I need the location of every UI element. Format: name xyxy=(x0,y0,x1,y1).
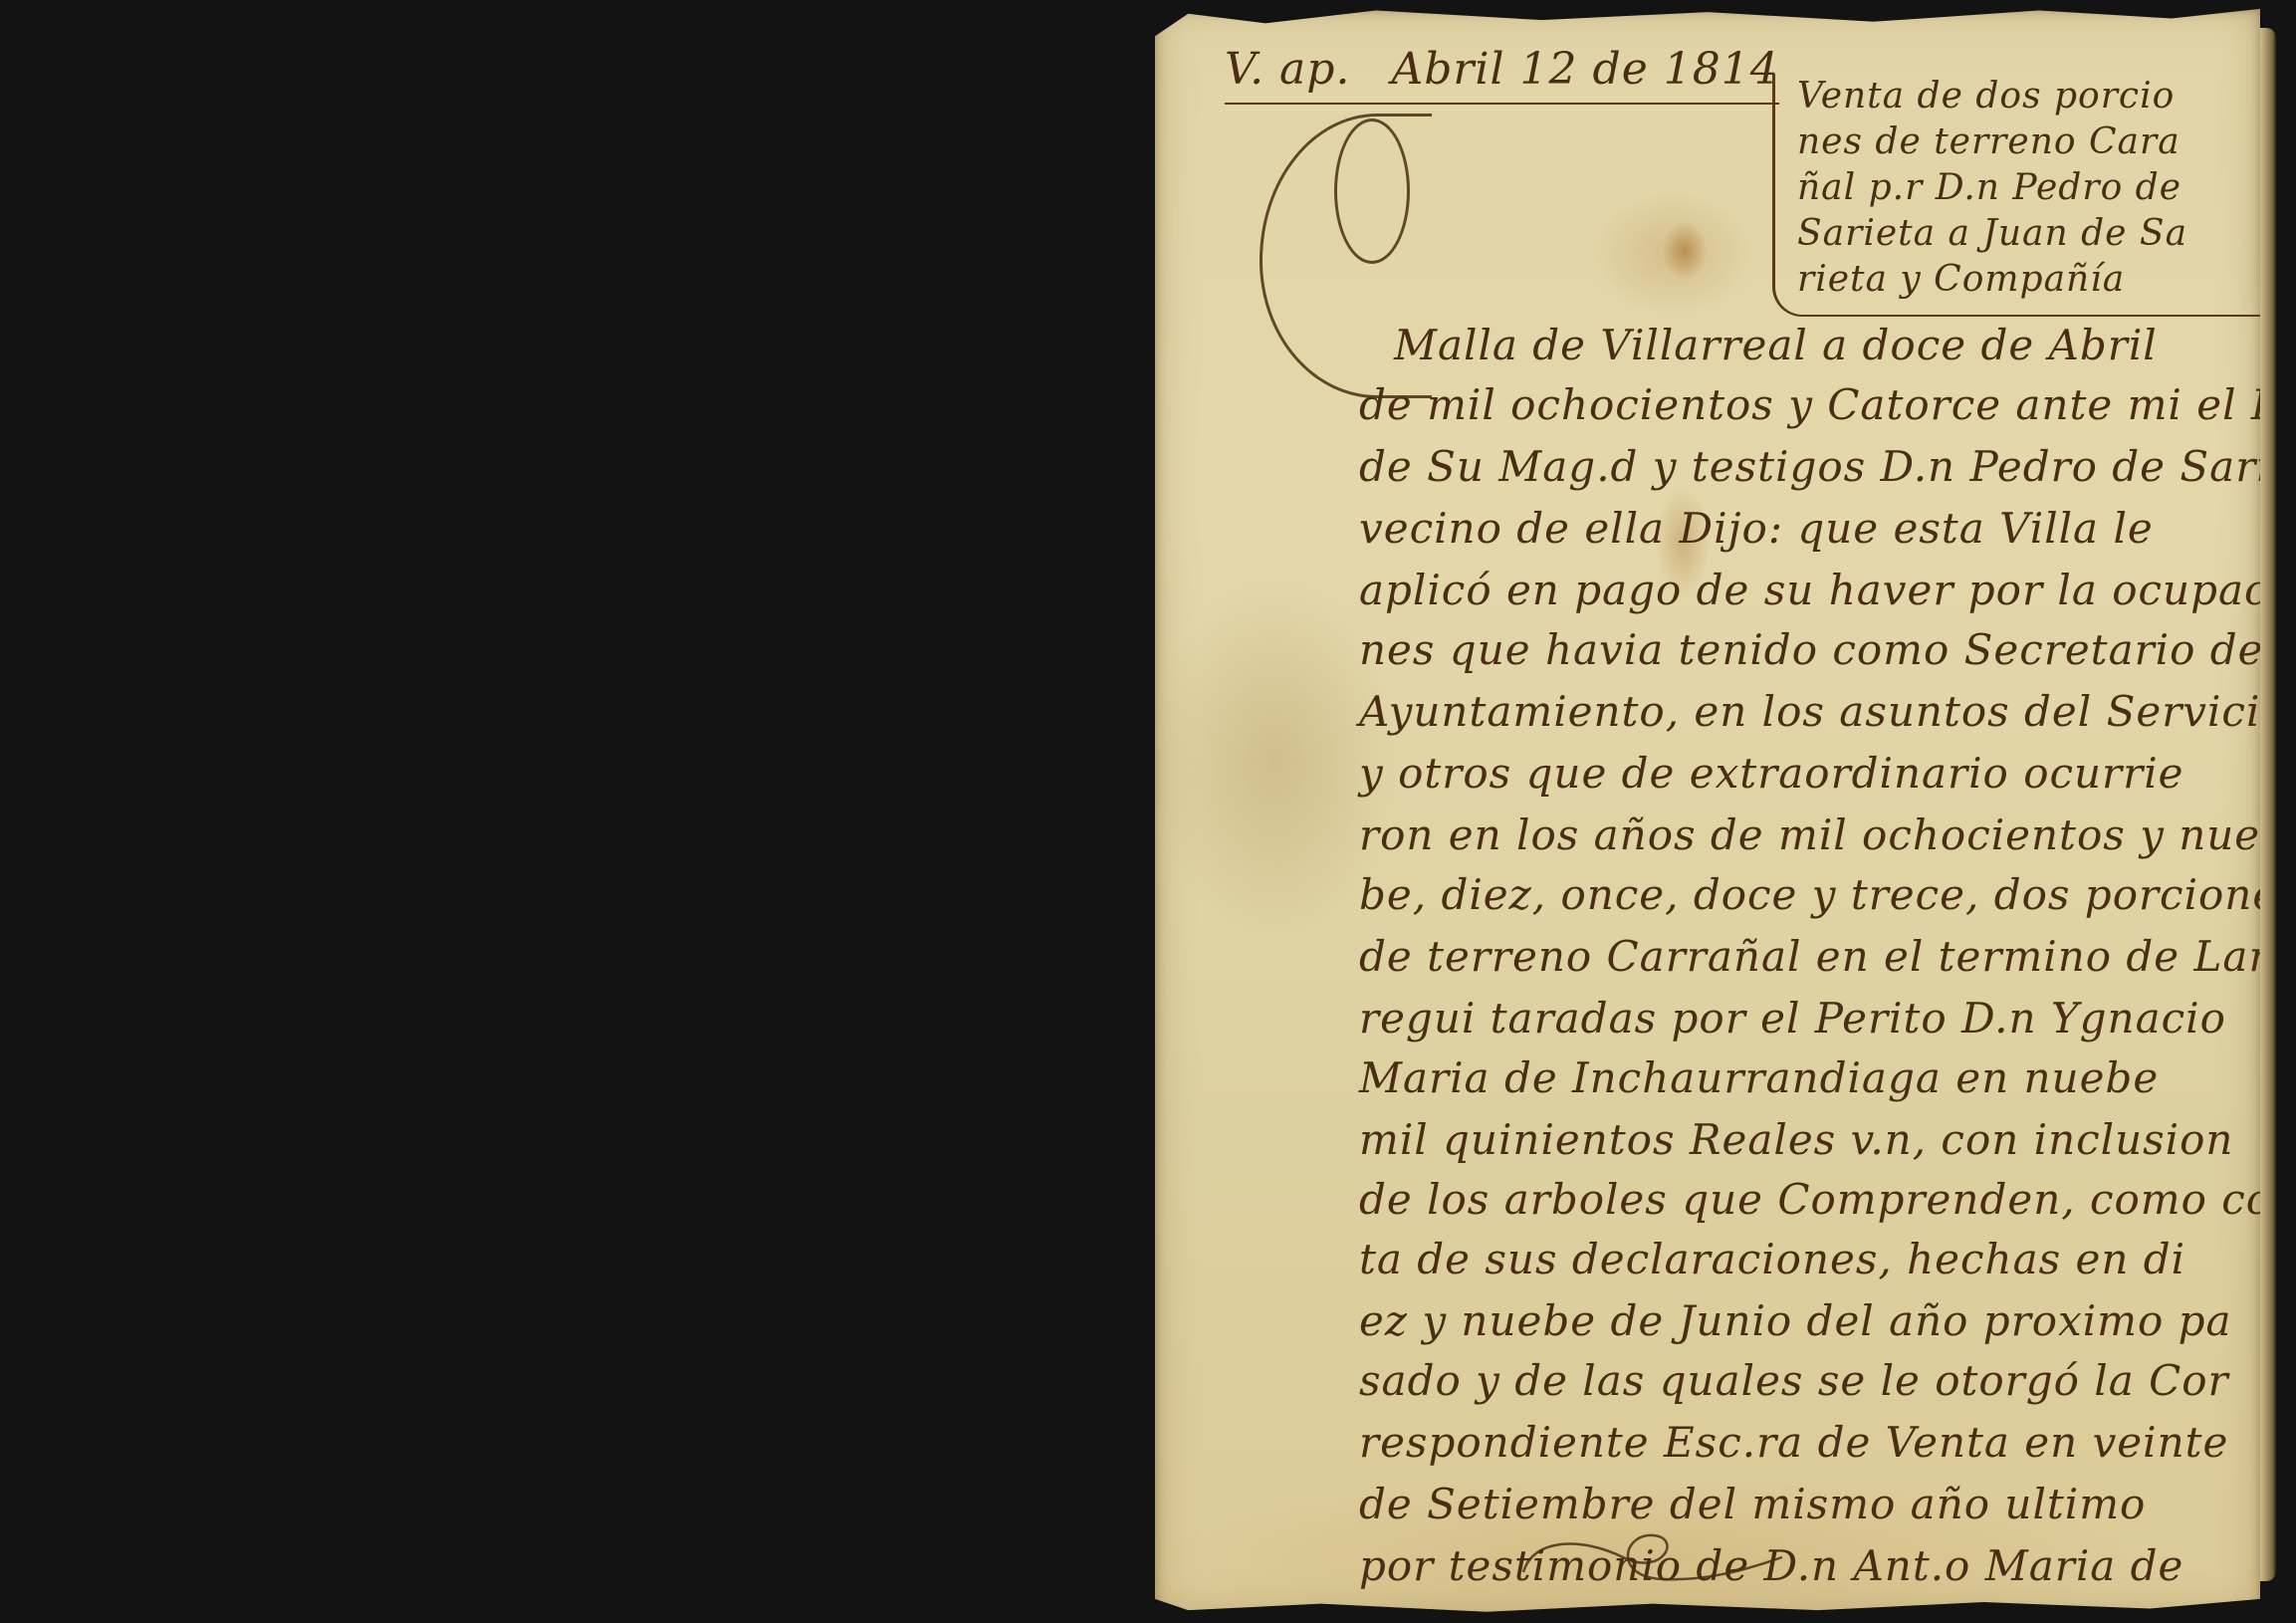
body-line: respondiente Esc.ra de Venta en veinte xyxy=(1359,1418,2228,1467)
margin-note-line: Venta de dos porcio xyxy=(1797,74,2265,119)
body-line: regui taradas por el Perito D.n Ygnacio xyxy=(1359,994,2226,1043)
manuscript-page-stack: V. ap. Abril 12 de 1814 Venta de dos por… xyxy=(1155,4,2296,1619)
body-line: sado y de las quales se le otorgó la Cor xyxy=(1359,1356,2229,1405)
margin-note-line: rieta y Compañía xyxy=(1797,257,2265,303)
body-line: Ayuntamiento, en los asuntos del Servici… xyxy=(1359,687,2296,736)
body-line: aplicó en pago de su haver por la ocupac… xyxy=(1359,566,2296,614)
margin-note-line: ñal p.r D.n Pedro de xyxy=(1797,165,2265,211)
closing-flourish xyxy=(1513,1527,1792,1587)
body-line: be, diez, once, doce y trece, dos porcio… xyxy=(1359,870,2296,919)
margin-note: Venta de dos porcio nes de terreno Cara … xyxy=(1772,74,2265,317)
body-line: y otros que de extraordinario ocurrie xyxy=(1359,749,2184,798)
initial-letter-loop xyxy=(1334,118,1410,264)
body-line: ron en los años de mil ochocientos y nue xyxy=(1359,811,2260,859)
document-viewer: V. ap. Abril 12 de 1814 Venta de dos por… xyxy=(0,0,2296,1623)
body-line: ez y nuebe de Junio del año proximo pa xyxy=(1359,1296,2232,1345)
manuscript-page: V. ap. Abril 12 de 1814 Venta de dos por… xyxy=(1155,4,2260,1615)
body-line: mil quinientos Reales v.n, con inclusion xyxy=(1359,1115,2233,1164)
body-line: Maria de Inchaurrandiaga en nuebe xyxy=(1359,1053,2159,1102)
header-reference: V. ap. xyxy=(1225,44,1350,95)
body-line: Malla de Villarreal a doce de Abril xyxy=(1394,321,2158,369)
header-date: Abril 12 de 1814 xyxy=(1391,44,1778,95)
body-line: de los arboles que Comprenden, como cons xyxy=(1359,1175,2296,1224)
margin-note-line: Sarieta a Juan de Sa xyxy=(1797,211,2265,257)
header-date-line: V. ap. Abril 12 de 1814 xyxy=(1225,44,1779,105)
body-line: de Setiembre del mismo año ultimo xyxy=(1359,1480,2146,1528)
body-line: ta de sus declaraciones, hechas en di xyxy=(1359,1235,2185,1283)
body-line: de Su Mag.d y testigos D.n Pedro de Sari… xyxy=(1359,442,2296,491)
body-line: nes que havia tenido como Secretario de xyxy=(1359,625,2264,674)
body-line: de mil ochocientos y Catorce ante mi el … xyxy=(1359,380,2296,429)
margin-note-line: nes de terreno Cara xyxy=(1797,119,2265,165)
body-line: vecino de ella Dijo: que esta Villa le xyxy=(1359,504,2154,553)
body-line: de terreno Carrañal en el termino de Lar xyxy=(1359,932,2270,981)
